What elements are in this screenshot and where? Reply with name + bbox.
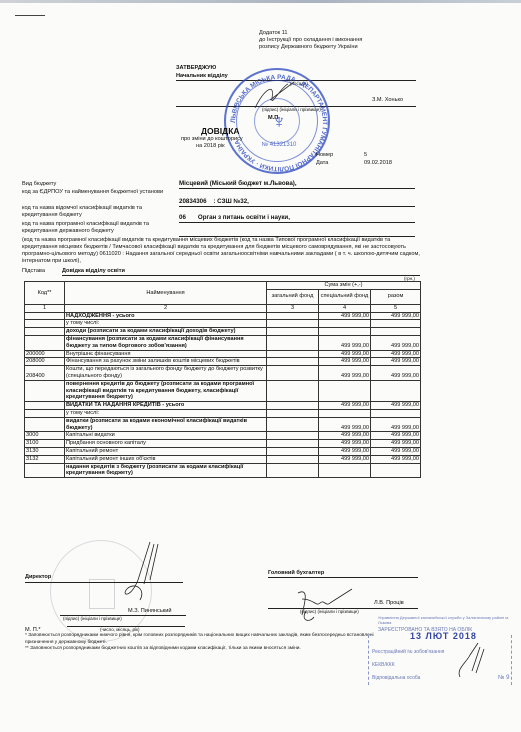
header-name: Найменування [65, 282, 267, 305]
table-row: 200000Внутрішнє фінансування499 999,0049… [25, 350, 421, 358]
row-name: Капітальні видатки [65, 432, 267, 440]
basis-line [62, 275, 420, 276]
row-general-fund [267, 335, 319, 350]
row-general-fund [267, 432, 319, 440]
field-budget-type-label: Вид бюджету [22, 181, 172, 188]
row-code [25, 417, 65, 432]
treasury-office: Управління Державної казначейської служб… [378, 615, 514, 625]
field-department-label: код та назва відомчої класифікації видат… [22, 205, 177, 219]
row-total: 499 999,00 [371, 447, 421, 455]
row-special-fund [319, 380, 371, 401]
row-total: 499 999,00 [371, 312, 421, 320]
row-general-fund [267, 402, 319, 410]
appendix-title: Додаток 11 [259, 30, 362, 37]
accountant-label: Головний бухгалтер [268, 570, 324, 577]
appendix-block: Додаток 11 до Інструкції про складання і… [259, 30, 362, 51]
row-special-fund [319, 409, 371, 417]
row-name: надання кредитів з бюджету (розписати за… [65, 463, 267, 478]
row-name: Капітальний ремонт [65, 447, 267, 455]
row-total: 499 999,00 [371, 335, 421, 350]
field-edrpou-value: 20834306 : СЗШ №32, [179, 198, 249, 206]
row-special-fund: 499 999,00 [319, 350, 371, 358]
appendix-line: розпису Державного бюджету України [259, 44, 362, 51]
col-number: 4 [319, 304, 371, 312]
row-special-fund: 499 999,00 [319, 440, 371, 448]
row-general-fund [267, 358, 319, 366]
row-code: 3000 [25, 432, 65, 440]
treasury-kekv-label: КЕКВ/ККК [372, 662, 395, 669]
field-line [179, 222, 415, 223]
program-classification-text: (код та назва програмної класифікації ви… [22, 237, 422, 265]
col-number: 2 [65, 304, 267, 312]
row-code [25, 328, 65, 336]
treasury-official-label: Відповідальна особа [372, 675, 420, 682]
treasury-reg-label: Реєстраційний № зобов'язання [372, 649, 444, 656]
footnote: ** Заповнюється розпорядниками бюджетних… [25, 646, 385, 653]
row-general-fund [267, 320, 319, 328]
treasury-number: № 9 [498, 675, 509, 682]
footnote: * Заповнюється розпорядниками нижчого рі… [25, 633, 385, 646]
row-special-fund [319, 463, 371, 478]
row-special-fund: 499 999,00 [319, 447, 371, 455]
treasury-registration-stamp: Управління Державної казначейської служб… [368, 605, 516, 705]
appendix-line: до Інструкції про складання і виконання [259, 37, 362, 44]
col-number: 5 [371, 304, 421, 312]
treasury-date: 13 ЛЮТ 2018 [410, 633, 477, 640]
basis-value: Довідка відділу освіти [62, 268, 125, 275]
row-special-fund: 499 999,00 [319, 432, 371, 440]
footnotes: * Заповнюється розпорядниками нижчого рі… [25, 633, 385, 653]
row-code: 200000 [25, 350, 65, 358]
table-row: НАДХОДЖЕННЯ - усього499 999,00499 999,00 [25, 312, 421, 320]
row-special-fund: 499 999,00 [319, 312, 371, 320]
field-budget-type-value: Місцевий (Міський бюджет м.Львова), [179, 180, 297, 188]
row-name: Придбання основного капіталу [65, 440, 267, 448]
table-row: доходи (розписати за кодами класифікації… [25, 328, 421, 336]
accountant-line [268, 577, 418, 578]
table-row: 208000Фінансування за рахунок зміни зали… [25, 358, 421, 366]
treasury-signature [456, 641, 486, 681]
row-total [371, 380, 421, 401]
field-line [179, 188, 415, 189]
header-general-fund: загальний фонд [267, 289, 319, 304]
document-year: на 2018 рік [196, 143, 225, 150]
row-general-fund [267, 463, 319, 478]
row-general-fund [267, 455, 319, 463]
row-special-fund: 499 999,00 [319, 417, 371, 432]
row-total: 499 999,00 [371, 440, 421, 448]
row-general-fund [267, 380, 319, 401]
row-total: 499 999,00 [371, 350, 421, 358]
row-total [371, 320, 421, 328]
row-name: ВИДАТКИ ТА НАДАННЯ КРЕДИТІВ - усього [65, 402, 267, 410]
approver-signature [250, 78, 300, 118]
row-name: доходи (розписати за кодами класифікації… [65, 328, 267, 336]
row-name: Фінансування за рахунок зміни залишків к… [65, 358, 267, 366]
col-number: 1 [25, 304, 65, 312]
row-code: 3130 [25, 447, 65, 455]
date-label: Дата [316, 160, 328, 167]
row-code [25, 380, 65, 401]
table-row: ВИДАТКИ ТА НАДАННЯ КРЕДИТІВ - усього499 … [25, 402, 421, 410]
field-department-value: 06 Орган з питань освіти і науки, [179, 214, 290, 222]
row-name: у тому числі: [65, 320, 267, 328]
row-special-fund: 499 999,00 [319, 402, 371, 410]
row-total [371, 328, 421, 336]
row-special-fund: 499 999,00 [319, 455, 371, 463]
row-code [25, 312, 65, 320]
column-number-row: 1 2 3 4 5 [25, 304, 421, 312]
row-name: повернення кредитів до бюджету (розписат… [65, 380, 267, 401]
row-general-fund [267, 417, 319, 432]
row-total: 499 999,00 [371, 455, 421, 463]
table-row: фінансування (розписати за кодами класиф… [25, 335, 421, 350]
row-special-fund [319, 320, 371, 328]
table-row: видатки (розписати за кодами економічної… [25, 417, 421, 432]
row-total [371, 463, 421, 478]
row-general-fund [267, 350, 319, 358]
table-row: 3132Капітальний ремонт інших об'єктів499… [25, 455, 421, 463]
table-row: 3100Придбання основного капіталу499 999,… [25, 440, 421, 448]
director-signature [110, 540, 170, 610]
row-code [25, 463, 65, 478]
approve-label: ЗАТВЕРДЖУЮ [176, 65, 216, 72]
row-total: 499 999,00 [371, 358, 421, 366]
approver-name: З.М. Хонько [372, 97, 403, 104]
stamp-border [368, 635, 369, 685]
row-total: 499 999,00 [371, 432, 421, 440]
document-subtitle: про зміни до кошторису [181, 136, 243, 143]
row-name: видатки (розписати за кодами економічної… [65, 417, 267, 432]
scan-edge [0, 0, 521, 3]
row-code [25, 402, 65, 410]
row-total [371, 409, 421, 417]
col-number: 3 [267, 304, 319, 312]
row-special-fund [319, 328, 371, 336]
row-general-fund [267, 440, 319, 448]
date-caption: (число, місяць, рік) [100, 627, 139, 632]
stamp-border [511, 635, 512, 685]
row-total: 499 999,00 [371, 402, 421, 410]
number-label: Номер [316, 152, 333, 159]
accountant-signature [290, 585, 360, 625]
row-code [25, 409, 65, 417]
row-general-fund [267, 328, 319, 336]
row-general-fund [267, 447, 319, 455]
field-program-label: код та назва програмної класифікації вид… [22, 221, 177, 235]
row-name: у тому числі: [65, 409, 267, 417]
number-value: 5 [364, 152, 367, 159]
row-code: 3132 [25, 455, 65, 463]
director-name: М.З. Пинянський [128, 608, 171, 615]
table-row: у тому числі: [25, 409, 421, 417]
row-general-fund [267, 312, 319, 320]
document-title: ДОВІДКА [201, 126, 240, 136]
row-general-fund [267, 409, 319, 417]
corner-mark [15, 15, 45, 16]
row-name: фінансування (розписати за кодами класиф… [65, 335, 267, 350]
row-total: 499 999,00 [371, 366, 421, 381]
field-line [179, 206, 415, 207]
row-name: Внутрішнє фінансування [65, 350, 267, 358]
director-label: Директор [25, 574, 51, 581]
row-code: 208000 [25, 358, 65, 366]
table-header-row: Код** Найменування Сума змін (+,-) [25, 282, 421, 290]
header-total: разом [371, 289, 421, 304]
row-name: НАДХОДЖЕННЯ - усього [65, 312, 267, 320]
table-row: 3000Капітальні видатки499 999,00499 999,… [25, 432, 421, 440]
row-code: 3100 [25, 440, 65, 448]
row-total: 499 999,00 [371, 417, 421, 432]
table-row: 3130Капітальний ремонт499 999,00499 999,… [25, 447, 421, 455]
row-name: Капітальний ремонт інших об'єктів [65, 455, 267, 463]
row-general-fund [267, 366, 319, 381]
row-special-fund: 499 999,00 [319, 335, 371, 350]
accountant-caption: (підпис) (ініціали і прізвище) [300, 609, 359, 614]
table-row: повернення кредитів до бюджету (розписат… [25, 380, 421, 401]
budget-changes-table: Код** Найменування Сума змін (+,-) загал… [24, 281, 421, 478]
row-special-fund: 499 999,00 [319, 366, 371, 381]
row-special-fund: 499 999,00 [319, 358, 371, 366]
director-caption: (підпис) (ініціали і прізвище) [63, 616, 122, 621]
svg-text:№ 41321310: № 41321310 [262, 141, 297, 148]
header-sum-group: Сума змін (+,-) [267, 282, 421, 290]
row-name: Кошти, що передаються із загального фонд… [65, 366, 267, 381]
header-code: Код** [25, 282, 65, 305]
table-row: у тому числі: [25, 320, 421, 328]
table-row: надання кредитів з бюджету (розписати за… [25, 463, 421, 478]
approver-position: Начальник відділу [176, 73, 228, 80]
row-code: 208400 [25, 366, 65, 381]
field-edrpou-label: код за ЄДРПОУ та найменування бюджетної … [22, 189, 172, 196]
table-row: 208400Кошти, що передаються із загальног… [25, 366, 421, 381]
row-code [25, 320, 65, 328]
date-value: 09.02.2018 [364, 160, 392, 167]
header-special-fund: спеціальний фонд [319, 289, 371, 304]
row-code [25, 335, 65, 350]
basis-label: Підстава [22, 268, 45, 275]
